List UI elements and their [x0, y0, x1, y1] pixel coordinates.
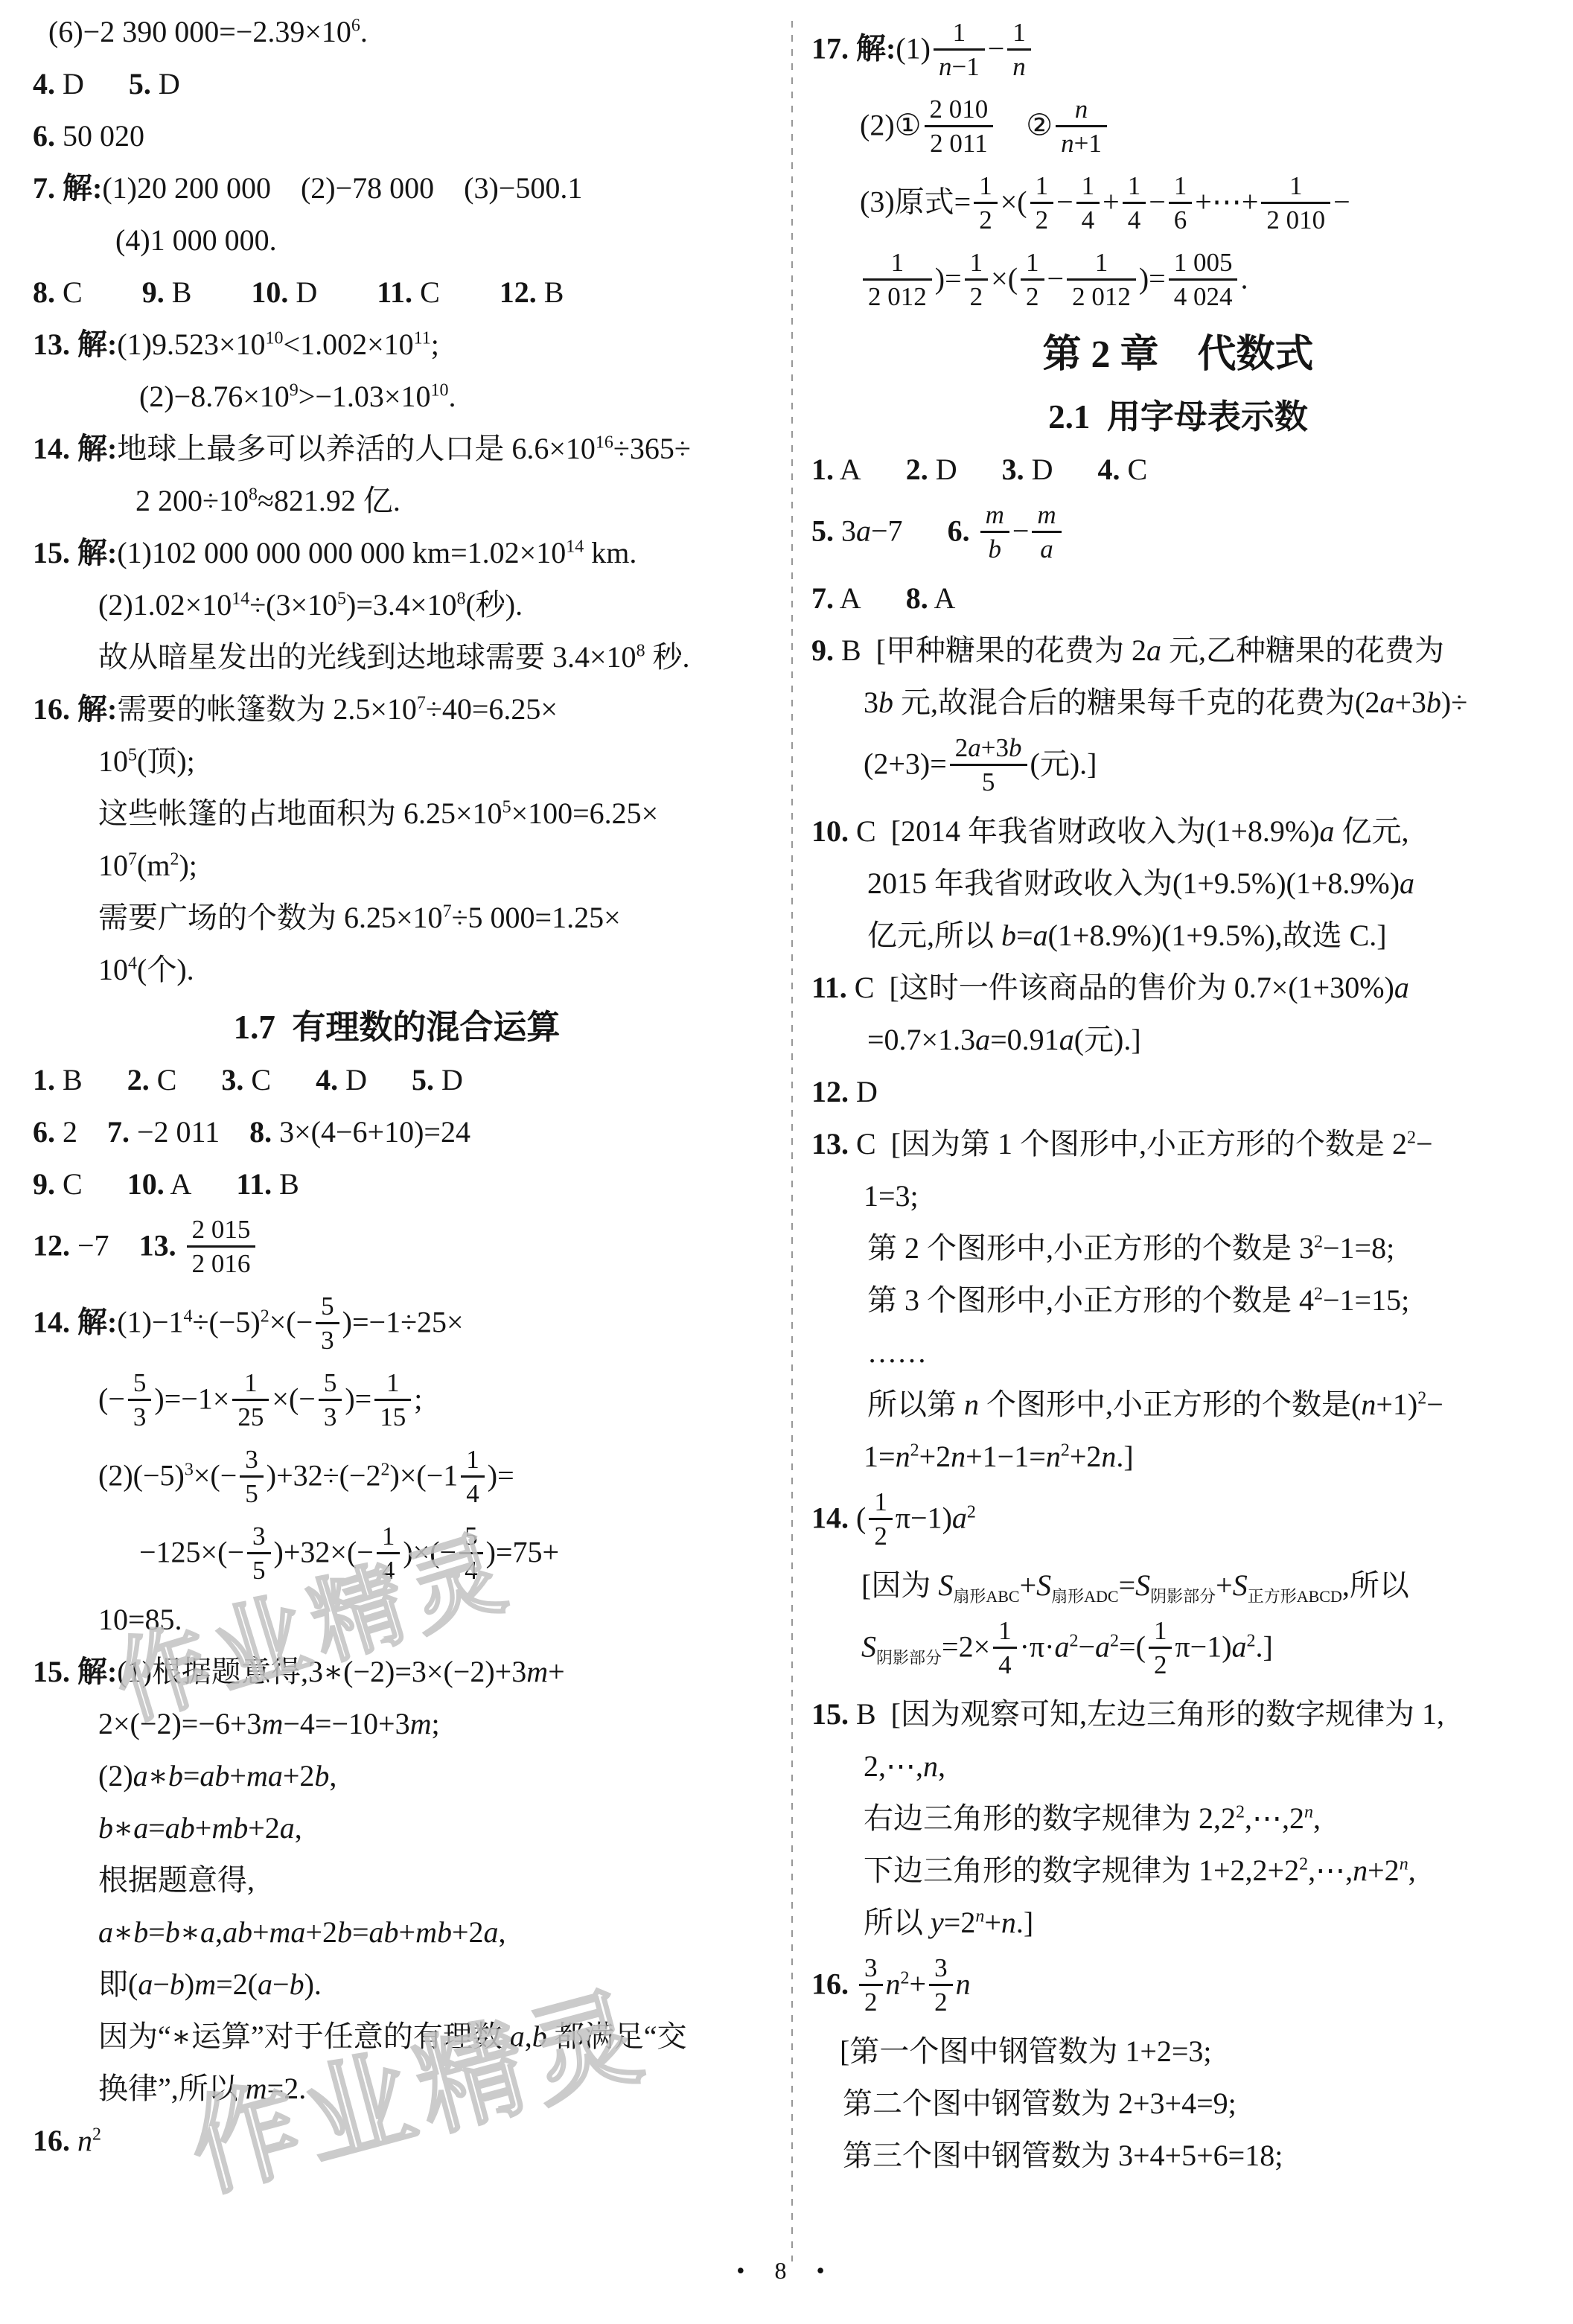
- text-line: 所以第 n 个图形中,小正方形的个数是(n+1)2−: [811, 1379, 1545, 1431]
- fraction: 32: [929, 1953, 953, 2017]
- text-line: 15. B [因为观察可知,左边三角形的数字规律为 1,: [811, 1688, 1545, 1740]
- fraction: 35: [240, 1445, 264, 1508]
- text-line: ……: [811, 1327, 1545, 1379]
- section-heading: 2.1 用字母表示数: [811, 386, 1545, 444]
- fraction: 53: [319, 1368, 342, 1431]
- fraction: 14: [993, 1616, 1017, 1679]
- left-column: (6)−2 390 000=−2.39×106.4. D 5. D6. 50 0…: [16, 6, 777, 2167]
- fraction: 32: [859, 1953, 883, 2017]
- fraction: 12: [1030, 171, 1054, 234]
- text-line: 第三个图中钢管数为 3+4+5+6=18;: [811, 2130, 1545, 2182]
- text-line: 第 2 个图形中,小正方形的个数是 32−1=8;: [811, 1222, 1545, 1274]
- fraction: 12: [965, 248, 989, 311]
- page-number: • 8 •: [0, 2257, 1573, 2285]
- text-line: 12. D: [811, 1066, 1545, 1118]
- text-line: 9. B [甲种糖果的花费为 2a 元,乙种糖果的花费为: [811, 625, 1545, 677]
- fraction: 2 0152 016: [187, 1215, 256, 1278]
- text-line: 15. 解:(1)根据题意得,3∗(−2)=3×(−2)+3m+: [16, 1646, 777, 1698]
- fraction: 53: [128, 1368, 152, 1431]
- text-line: [第一个图中钢管数为 1+2=3;: [811, 2025, 1545, 2078]
- fraction: 14: [377, 1522, 401, 1585]
- text-line: (2+3)=2a+3b5(元).]: [811, 729, 1545, 805]
- text-line: 14. 解:(1)−14÷(−5)2×(−53)=−1÷25×: [16, 1287, 777, 1364]
- text-line: (2)(−5)3×(−35)+32÷(−22)×(−114)=: [16, 1440, 777, 1517]
- text-line: 下边三角形的数字规律为 1+2,2+22,⋯,n+2n,: [811, 1845, 1545, 1897]
- text-line: a∗b=b∗a,ab+ma+2b=ab+mb+2a,: [16, 1906, 777, 1959]
- fraction: 125: [232, 1368, 269, 1431]
- text-line: 2 200÷108≈821.92 亿.: [16, 475, 777, 527]
- column-divider: [791, 21, 793, 2261]
- fraction: 14: [1123, 171, 1146, 234]
- text-line: 16. 32n2+32n: [811, 1949, 1545, 2025]
- fraction: 16: [1169, 171, 1193, 234]
- text-line: 1. B 2. C 3. C 4. D 5. D: [16, 1054, 777, 1106]
- answer-page: (6)−2 390 000=−2.39×106.4. D 5. D6. 50 0…: [0, 0, 1573, 2324]
- fraction: 12 012: [1067, 248, 1136, 311]
- text-line: 10=85.: [16, 1594, 777, 1646]
- fraction: ma: [1032, 500, 1061, 564]
- text-line: (6)−2 390 000=−2.39×106.: [16, 6, 777, 58]
- text-line: 3b 元,故混合后的糖果每千克的花费为(2a+3b)÷: [811, 677, 1545, 729]
- text-line: 根据题意得,: [16, 1854, 777, 1906]
- text-line: 13. 解:(1)9.523×1010<1.002×1011;: [16, 319, 777, 371]
- fraction: 12: [1021, 248, 1044, 311]
- text-line: 14. 解:地球上最多可以养活的人口是 6.6×1016÷365÷: [16, 423, 777, 475]
- text-line: 104(个).: [16, 944, 777, 996]
- fraction: 14: [1076, 171, 1100, 234]
- fraction: mb: [980, 500, 1009, 564]
- fraction: 2 0102 011: [925, 95, 994, 158]
- fraction: 12: [974, 171, 998, 234]
- text-line: 16. n2: [16, 2115, 777, 2167]
- text-line: 故从暗星发出的光线到达地球需要 3.4×108 秒.: [16, 631, 777, 683]
- text-line: (3)原式=12×(12−14+14−16+⋯+12 010−: [811, 167, 1545, 243]
- text-line: 14. (12π−1)a2: [811, 1483, 1545, 1560]
- text-line: 12 012)=12×(12−12 012)=1 0054 024.: [811, 243, 1545, 320]
- section-heading: 第 2 章 代数式: [811, 320, 1545, 386]
- text-line: 17. 解:(1)1n−1−1n: [811, 13, 1545, 90]
- fraction: 12 012: [863, 248, 932, 311]
- text-line: 换律”,所以 m=2.: [16, 2063, 777, 2115]
- text-line: 第二个图中钢管数为 2+3+4=9;: [811, 2078, 1545, 2130]
- text-line: b∗a=ab+mb+2a,: [16, 1802, 777, 1854]
- text-line: [因为 S扇形ABC+S扇形ADC=S阴影部分+S正方形ABCD,所以: [811, 1560, 1545, 1612]
- text-line: 这些帐篷的占地面积为 6.25×105×100=6.25×: [16, 788, 777, 840]
- text-line: 1=n2+2n+1−1=n2+2n.]: [811, 1431, 1545, 1483]
- section-heading: 1.7 有理数的混合运算: [16, 996, 777, 1054]
- text-line: 6. 50 020: [16, 110, 777, 162]
- text-line: −125×(−35)+32×(−14)×(−54)=75+: [16, 1517, 777, 1594]
- text-line: 107(m2);: [16, 840, 777, 892]
- text-line: 5. 3a−7 6. mb−ma: [811, 496, 1545, 572]
- text-line: 10. C [2014 年我省财政收入为(1+8.9%)a 亿元,: [811, 805, 1545, 858]
- text-line: 13. C [因为第 1 个图形中,小正方形的个数是 22−: [811, 1118, 1545, 1170]
- right-column: 17. 解:(1)1n−1−1n(2)①2 0102 011 ②nn+1(3)原…: [811, 13, 1545, 2182]
- text-line: 11. C [这时一件该商品的售价为 0.7×(1+30%)a: [811, 962, 1545, 1014]
- fraction: 115: [374, 1368, 411, 1431]
- text-line: S阴影部分=2×14·π·a2−a2=(12π−1)a2.]: [811, 1612, 1545, 1688]
- fraction: 1n−1: [934, 18, 985, 81]
- text-line: 1. A 2. D 3. D 4. C: [811, 444, 1545, 496]
- text-line: =0.7×1.3a=0.91a(元).]: [811, 1014, 1545, 1066]
- fraction: 1n: [1007, 18, 1031, 81]
- text-line: 因为“∗运算”对于任意的有理数 a,b 都满足“交: [16, 2011, 777, 2063]
- fraction: 12: [869, 1487, 893, 1551]
- text-line: 所以 y=2n+n.]: [811, 1897, 1545, 1949]
- text-line: 4. D 5. D: [16, 58, 777, 110]
- fraction: 53: [316, 1292, 339, 1355]
- text-line: 105(顶);: [16, 735, 777, 788]
- text-line: 右边三角形的数字规律为 2,22,⋯,2n,: [811, 1793, 1545, 1845]
- text-line: 1=3;: [811, 1170, 1545, 1222]
- text-line: 第 3 个图形中,小正方形的个数是 42−1=15;: [811, 1274, 1545, 1327]
- fraction: 35: [247, 1522, 271, 1585]
- text-line: (2)①2 0102 011 ②nn+1: [811, 90, 1545, 167]
- text-line: 15. 解:(1)102 000 000 000 000 km=1.02×101…: [16, 527, 777, 579]
- text-line: 2,⋯,n,: [811, 1740, 1545, 1793]
- fraction: nn+1: [1056, 95, 1107, 158]
- fraction: 14: [461, 1445, 485, 1508]
- text-line: (2)1.02×1014÷(3×105)=3.4×108(秒).: [16, 579, 777, 631]
- text-line: 16. 解:需要的帐篷数为 2.5×107÷40=6.25×: [16, 683, 777, 735]
- text-line: 7. A 8. A: [811, 572, 1545, 625]
- text-line: 2×(−2)=−6+3m−4=−10+3m;: [16, 1698, 777, 1750]
- text-line: 12. −7 13. 2 0152 016: [16, 1210, 777, 1287]
- text-line: 亿元,所以 b=a(1+8.9%)(1+9.5%),故选 C.]: [811, 910, 1545, 962]
- fraction: 2a+3b5: [950, 733, 1027, 797]
- text-line: 9. C 10. A 11. B: [16, 1158, 777, 1210]
- fraction: 12: [1149, 1616, 1172, 1679]
- text-line: 即(a−b)m=2(a−b).: [16, 1959, 777, 2011]
- text-line: (2)−8.76×109>−1.03×1010.: [16, 371, 777, 423]
- fraction: 54: [459, 1522, 483, 1585]
- text-line: 2015 年我省财政收入为(1+9.5%)(1+8.9%)a: [811, 858, 1545, 910]
- text-line: 需要广场的个数为 6.25×107÷5 000=1.25×: [16, 892, 777, 944]
- text-line: (−53)=−1×125×(−53)=115;: [16, 1364, 777, 1440]
- text-line: (2)a∗b=ab+ma+2b,: [16, 1750, 777, 1802]
- text-line: (4)1 000 000.: [16, 214, 777, 266]
- fraction: 1 0054 024: [1169, 248, 1238, 311]
- text-line: 6. 2 7. −2 011 8. 3×(4−6+10)=24: [16, 1106, 777, 1158]
- fraction: 12 010: [1261, 171, 1330, 234]
- text-line: 7. 解:(1)20 200 000 (2)−78 000 (3)−500.1: [16, 162, 777, 214]
- text-line: 8. C 9. B 10. D 11. C 12. B: [16, 266, 777, 319]
